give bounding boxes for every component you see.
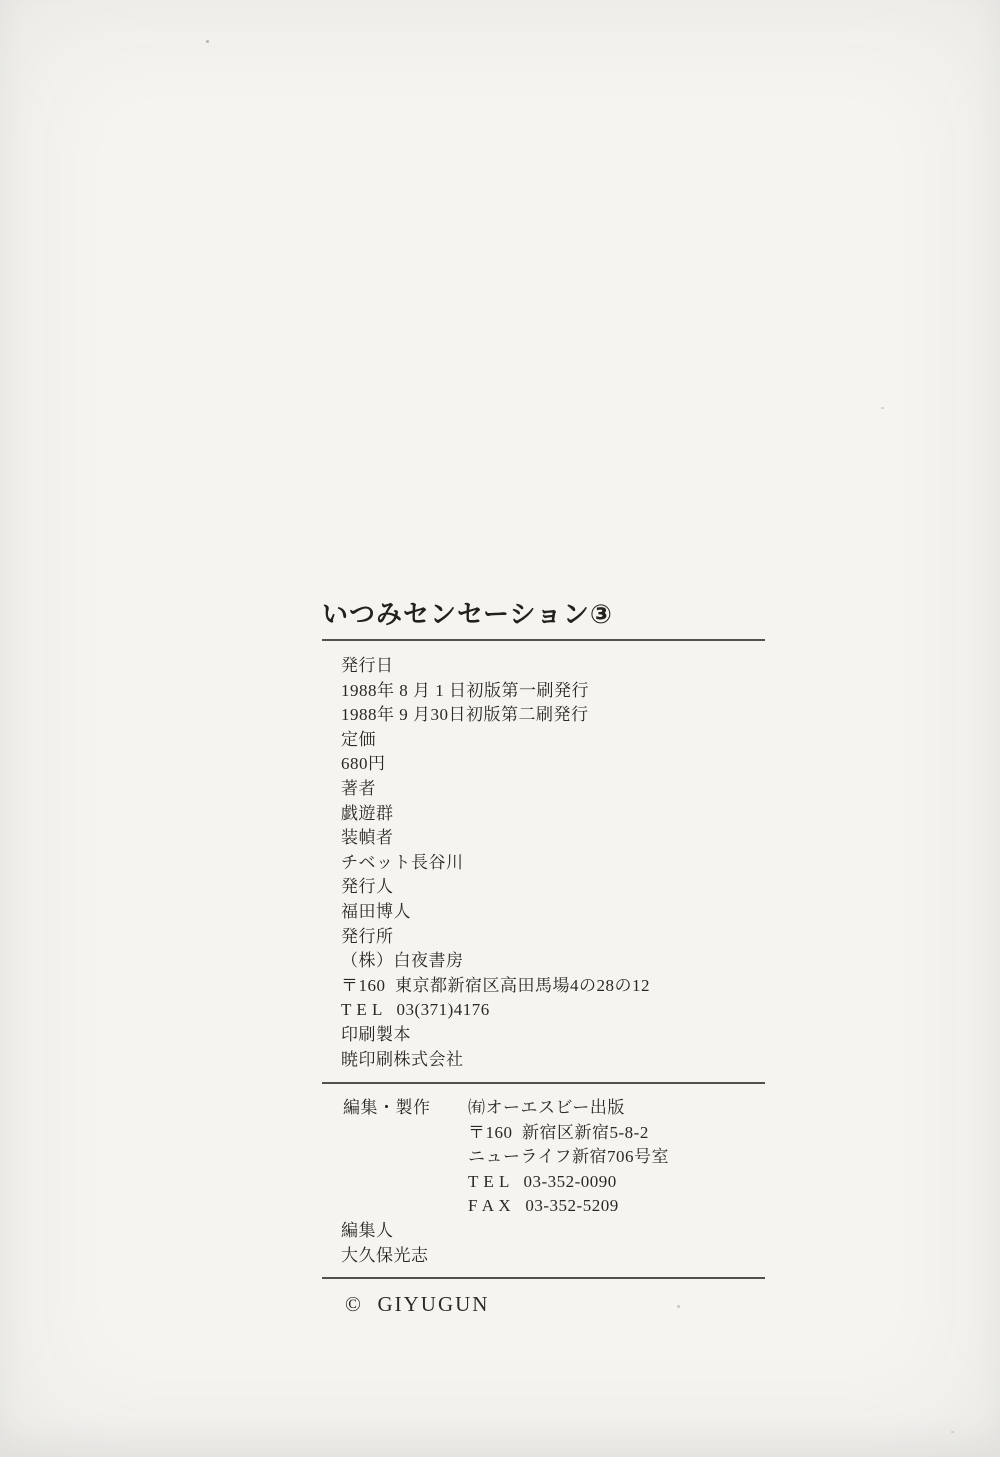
production-line: 〒160 新宿区新宿5-8-2 bbox=[468, 1121, 765, 1146]
production-section: 編集・製作 ㈲オーエスビー出版〒160 新宿区新宿5-8-2ニューライフ新宿70… bbox=[322, 1096, 765, 1219]
colophon-line: 定価 bbox=[341, 728, 765, 753]
colophon-line: 装幀者 bbox=[341, 826, 765, 851]
editor-section: 編集人 大久保光志 bbox=[322, 1219, 765, 1279]
editor-name: 大久保光志 bbox=[341, 1244, 765, 1269]
scan-speck bbox=[951, 1431, 954, 1433]
book-title: いつみセンセーション③ bbox=[322, 597, 765, 641]
production-line: T E L 03-352-0090 bbox=[468, 1170, 765, 1195]
colophon-line: 福田博人 bbox=[341, 900, 765, 925]
scan-speck bbox=[881, 407, 884, 409]
scanned-page: いつみセンセーション③ 発行日1988年 8 月 1 日初版第一刷発行1988年… bbox=[0, 0, 1000, 1457]
colophon-line: チベット長谷川 bbox=[341, 851, 765, 876]
colophon-line: 印刷製本 bbox=[341, 1023, 765, 1048]
colophon-main-block: 発行日1988年 8 月 1 日初版第一刷発行1988年 9 月30日初版第二刷… bbox=[322, 654, 765, 1084]
colophon-line: 暁印刷株式会社 bbox=[341, 1048, 765, 1073]
colophon-line: 1988年 9 月30日初版第二刷発行 bbox=[341, 703, 765, 728]
colophon-line: 戯遊群 bbox=[341, 802, 765, 827]
colophon-line: 著者 bbox=[341, 777, 765, 802]
colophon: いつみセンセーション③ 発行日1988年 8 月 1 日初版第一刷発行1988年… bbox=[322, 597, 765, 1317]
colophon-line: 発行日 bbox=[341, 654, 765, 679]
colophon-line: （株）白夜書房 bbox=[341, 949, 765, 974]
scan-speck bbox=[206, 40, 209, 43]
colophon-line: 1988年 8 月 1 日初版第一刷発行 bbox=[341, 679, 765, 704]
production-lines: ㈲オーエスビー出版〒160 新宿区新宿5-8-2ニューライフ新宿706号室T E… bbox=[468, 1096, 765, 1219]
production-label: 編集・製作 bbox=[343, 1096, 468, 1121]
production-line: F A X 03-352-5209 bbox=[468, 1194, 765, 1219]
colophon-line: 〒160 東京都新宿区高田馬場4の28の12 bbox=[341, 974, 765, 999]
copyright-line: © GIYUGUN bbox=[322, 1292, 765, 1317]
editor-label: 編集人 bbox=[341, 1219, 765, 1244]
colophon-line: T E L 03(371)4176 bbox=[341, 998, 765, 1023]
colophon-line: 発行人 bbox=[341, 875, 765, 900]
colophon-line: 発行所 bbox=[341, 925, 765, 950]
production-line: ニューライフ新宿706号室 bbox=[468, 1145, 765, 1170]
colophon-line: 680円 bbox=[341, 752, 765, 777]
production-line: ㈲オーエスビー出版 bbox=[468, 1096, 765, 1121]
